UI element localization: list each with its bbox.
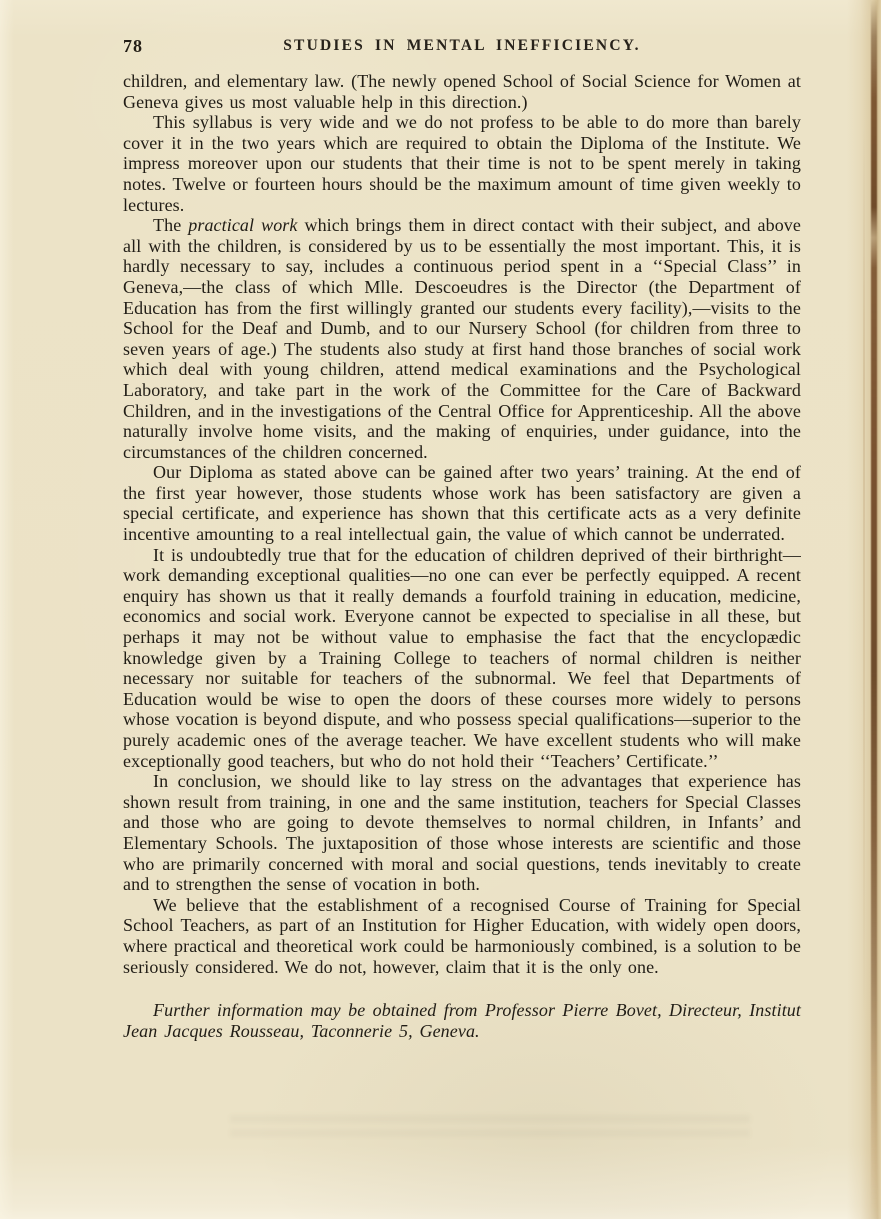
paragraph-syllabus: This syllabus is very wide and we do not… — [123, 112, 801, 215]
italic-phrase: practical work — [188, 215, 297, 235]
page-left-edge-highlight — [0, 0, 14, 1219]
paragraph-conclusion: In conclusion, we should like to lay str… — [123, 771, 801, 895]
further-information-note: Further information may be obtained from… — [123, 1000, 801, 1041]
paragraph-continuation: children, and elementary law. (The newly… — [123, 71, 801, 112]
paragraph-education-deprived: It is undoubtedly true that for the educ… — [123, 545, 801, 772]
reverse-page-show-through — [230, 1115, 750, 1155]
running-header: STUDIES IN MENTAL INEFFICIENCY. — [123, 37, 801, 55]
paragraph-practical-work: The practical work which brings them in … — [123, 215, 801, 462]
binding-edge-shadow — [871, 0, 877, 1219]
page-header: 78 STUDIES IN MENTAL INEFFICIENCY. — [123, 36, 801, 60]
paragraph-text: which brings them in direct contact with… — [123, 215, 801, 462]
book-page: 78 STUDIES IN MENTAL INEFFICIENCY. child… — [0, 0, 881, 1219]
body-text: children, and elementary law. (The newly… — [123, 71, 801, 1041]
paragraph-belief: We believe that the establishment of a r… — [123, 895, 801, 977]
paragraph-diploma: Our Diploma as stated above can be gaine… — [123, 462, 801, 544]
paragraph-text: The — [153, 215, 188, 235]
page-right-edge-shading — [847, 0, 881, 1219]
page-crease-line — [863, 120, 865, 1019]
